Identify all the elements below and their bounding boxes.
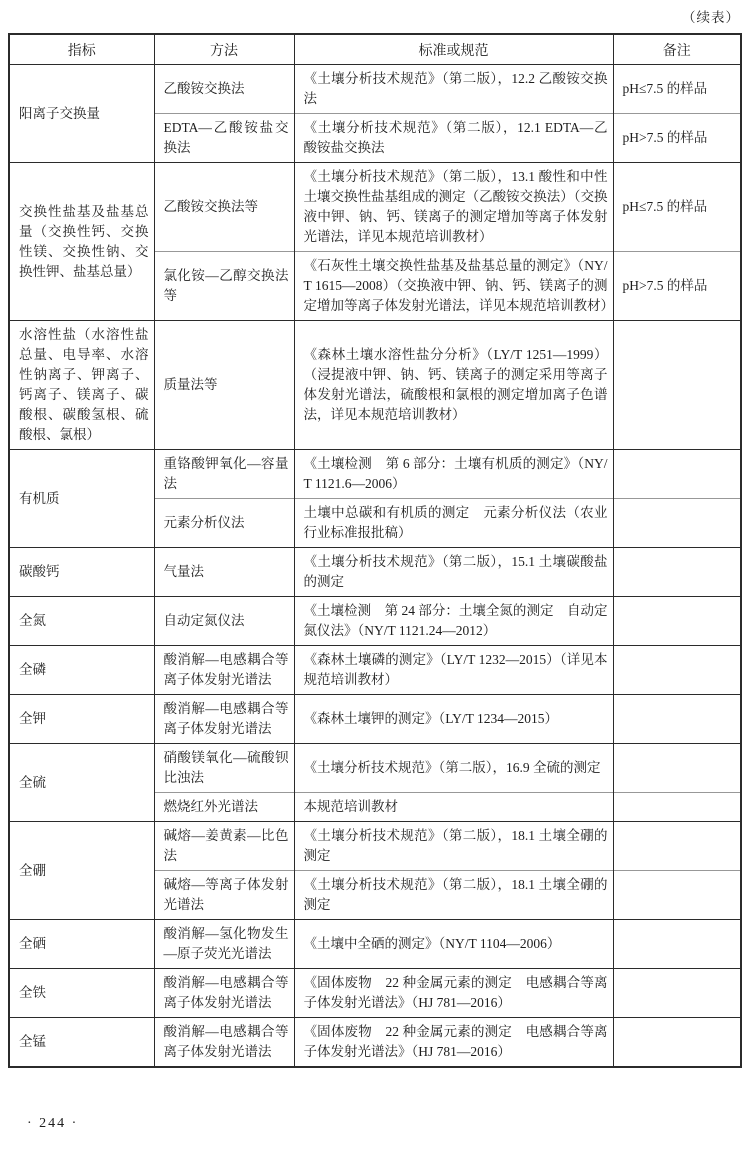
indicator-cell: 全硼 (9, 822, 154, 920)
header-remark: 备注 (613, 34, 741, 65)
standard-cell: 《土壤分析技术规范》（第二版），12.1 EDTA—乙酸铵盐交换法 (294, 114, 613, 163)
standard-cell: 《土壤分析技术规范》（第二版），16.9 全硫的测定 (294, 744, 613, 793)
method-cell: 酸消解—电感耦合等离子体发射光谱法 (154, 646, 294, 695)
standard-cell: 《土壤分析技术规范》（第二版），18.1 土壤全硼的测定 (294, 871, 613, 920)
method-cell: 氯化铵—乙醇交换法等 (154, 252, 294, 321)
table-row: 全硫硝酸镁氧化—硫酸钡比浊法《土壤分析技术规范》（第二版），16.9 全硫的测定 (9, 744, 741, 793)
method-cell: 气量法 (154, 548, 294, 597)
table-row: 全铁酸消解—电感耦合等离子体发射光谱法《固体废物 22 种金属元素的测定 电感耦… (9, 969, 741, 1018)
standard-cell: 《森林土壤磷的测定》（LY/T 1232—2015）（详见本规范培训教材） (294, 646, 613, 695)
table-row: 有机质重铬酸钾氧化—容量法《土壤检测 第 6 部分：土壤有机质的测定》（NY/T… (9, 450, 741, 499)
remark-cell (613, 321, 741, 450)
standard-cell: 《森林土壤钾的测定》（LY/T 1234—2015） (294, 695, 613, 744)
remark-cell (613, 597, 741, 646)
table-row: 水溶性盐（水溶性盐总量、电导率、水溶性钠离子、钾离子、钙离子、镁离子、碳酸根、碳… (9, 321, 741, 450)
remark-cell (613, 695, 741, 744)
indicator-cell: 水溶性盐（水溶性盐总量、电导率、水溶性钠离子、钾离子、钙离子、镁离子、碳酸根、碳… (9, 321, 154, 450)
header-indicator: 指标 (9, 34, 154, 65)
indicator-cell: 全硫 (9, 744, 154, 822)
table-row: 全钾酸消解—电感耦合等离子体发射光谱法《森林土壤钾的测定》（LY/T 1234—… (9, 695, 741, 744)
table-row: 全硒酸消解—氢化物发生—原子荧光光谱法《土壤中全硒的测定》（NY/T 1104—… (9, 920, 741, 969)
method-cell: 硝酸镁氧化—硫酸钡比浊法 (154, 744, 294, 793)
document-page: （续表） 指标 方法 标准或规范 备注 阳离子交换量乙酸铵交换法《土壤分析技术规… (0, 0, 751, 1163)
table-row: 全硼碱熔—姜黄素—比色法《土壤分析技术规范》（第二版），18.1 土壤全硼的测定 (9, 822, 741, 871)
table-row: 阳离子交换量乙酸铵交换法《土壤分析技术规范》（第二版），12.2 乙酸铵交换法p… (9, 65, 741, 114)
method-cell: 质量法等 (154, 321, 294, 450)
standard-cell: 《土壤分析技术规范》（第二版），13.1 酸性和中性土壤交换性盐基组成的测定（乙… (294, 163, 613, 252)
standard-cell: 土壤中总碳和有机质的测定 元素分析仪法（农业行业标准报批稿） (294, 499, 613, 548)
remark-cell (613, 920, 741, 969)
methods-table-body: 阳离子交换量乙酸铵交换法《土壤分析技术规范》（第二版），12.2 乙酸铵交换法p… (9, 65, 741, 1068)
continued-table-label: （续表） (682, 6, 740, 26)
remark-cell (613, 450, 741, 499)
indicator-cell: 全硒 (9, 920, 154, 969)
method-cell: 乙酸铵交换法等 (154, 163, 294, 252)
remark-cell (613, 744, 741, 793)
table-row: 交换性盐基及盐基总量（交换性钙、交换性镁、交换性钠、交换性钾、盐基总量）乙酸铵交… (9, 163, 741, 252)
remark-cell (613, 969, 741, 1018)
standard-cell: 《土壤分析技术规范》（第二版），15.1 土壤碳酸盐的测定 (294, 548, 613, 597)
indicator-cell: 全铁 (9, 969, 154, 1018)
remark-cell (613, 1018, 741, 1068)
remark-cell (613, 646, 741, 695)
indicator-cell: 有机质 (9, 450, 154, 548)
methods-table: 指标 方法 标准或规范 备注 阳离子交换量乙酸铵交换法《土壤分析技术规范》（第二… (8, 33, 742, 1068)
standard-cell: 《土壤分析技术规范》（第二版），18.1 土壤全硼的测定 (294, 822, 613, 871)
indicator-cell: 全钾 (9, 695, 154, 744)
standard-cell: 《土壤检测 第 6 部分：土壤有机质的测定》（NY/T 1121.6—2006） (294, 450, 613, 499)
method-cell: 自动定氮仪法 (154, 597, 294, 646)
method-cell: 酸消解—电感耦合等离子体发射光谱法 (154, 969, 294, 1018)
method-cell: 重铬酸钾氧化—容量法 (154, 450, 294, 499)
remark-cell (613, 548, 741, 597)
standard-cell: 本规范培训教材 (294, 793, 613, 822)
method-cell: 元素分析仪法 (154, 499, 294, 548)
remark-cell: pH>7.5 的样品 (613, 252, 741, 321)
page-number: · 244 · (27, 1116, 78, 1132)
remark-cell (613, 822, 741, 871)
standard-cell: 《土壤检测 第 24 部分：土壤全氮的测定 自动定氮仪法》（NY/T 1121.… (294, 597, 613, 646)
method-cell: 碱熔—姜黄素—比色法 (154, 822, 294, 871)
indicator-cell: 全锰 (9, 1018, 154, 1068)
standard-cell: 《石灰性土壤交换性盐基及盐基总量的测定》（NY/T 1615—2008）（交换液… (294, 252, 613, 321)
remark-cell (613, 793, 741, 822)
indicator-cell: 全氮 (9, 597, 154, 646)
standard-cell: 《固体废物 22 种金属元素的测定 电感耦合等离子体发射光谱法》（HJ 781—… (294, 1018, 613, 1068)
method-cell: 酸消解—氢化物发生—原子荧光光谱法 (154, 920, 294, 969)
table-row: 全磷酸消解—电感耦合等离子体发射光谱法《森林土壤磷的测定》（LY/T 1232—… (9, 646, 741, 695)
standard-cell: 《土壤中全硒的测定》（NY/T 1104—2006） (294, 920, 613, 969)
table-row: 碳酸钙气量法《土壤分析技术规范》（第二版），15.1 土壤碳酸盐的测定 (9, 548, 741, 597)
indicator-cell: 交换性盐基及盐基总量（交换性钙、交换性镁、交换性钠、交换性钾、盐基总量） (9, 163, 154, 321)
method-cell: 乙酸铵交换法 (154, 65, 294, 114)
remark-cell (613, 871, 741, 920)
table-header-row: 指标 方法 标准或规范 备注 (9, 34, 741, 65)
remark-cell: pH>7.5 的样品 (613, 114, 741, 163)
method-cell: 酸消解—电感耦合等离子体发射光谱法 (154, 1018, 294, 1068)
remark-cell: pH≤7.5 的样品 (613, 65, 741, 114)
indicator-cell: 碳酸钙 (9, 548, 154, 597)
method-cell: 碱熔—等离子体发射光谱法 (154, 871, 294, 920)
method-cell: 燃烧红外光谱法 (154, 793, 294, 822)
standard-cell: 《土壤分析技术规范》（第二版），12.2 乙酸铵交换法 (294, 65, 613, 114)
table-row: 全氮自动定氮仪法《土壤检测 第 24 部分：土壤全氮的测定 自动定氮仪法》（NY… (9, 597, 741, 646)
standard-cell: 《固体废物 22 种金属元素的测定 电感耦合等离子体发射光谱法》（HJ 781—… (294, 969, 613, 1018)
method-cell: 酸消解—电感耦合等离子体发射光谱法 (154, 695, 294, 744)
header-method: 方法 (154, 34, 294, 65)
indicator-cell: 全磷 (9, 646, 154, 695)
remark-cell (613, 499, 741, 548)
header-standard: 标准或规范 (294, 34, 613, 65)
remark-cell: pH≤7.5 的样品 (613, 163, 741, 252)
method-cell: EDTA—乙酸铵盐交换法 (154, 114, 294, 163)
standard-cell: 《森林土壤水溶性盐分分析》（LY/T 1251—1999）（浸提液中钾、钠、钙、… (294, 321, 613, 450)
table-row: 全锰酸消解—电感耦合等离子体发射光谱法《固体废物 22 种金属元素的测定 电感耦… (9, 1018, 741, 1068)
indicator-cell: 阳离子交换量 (9, 65, 154, 163)
